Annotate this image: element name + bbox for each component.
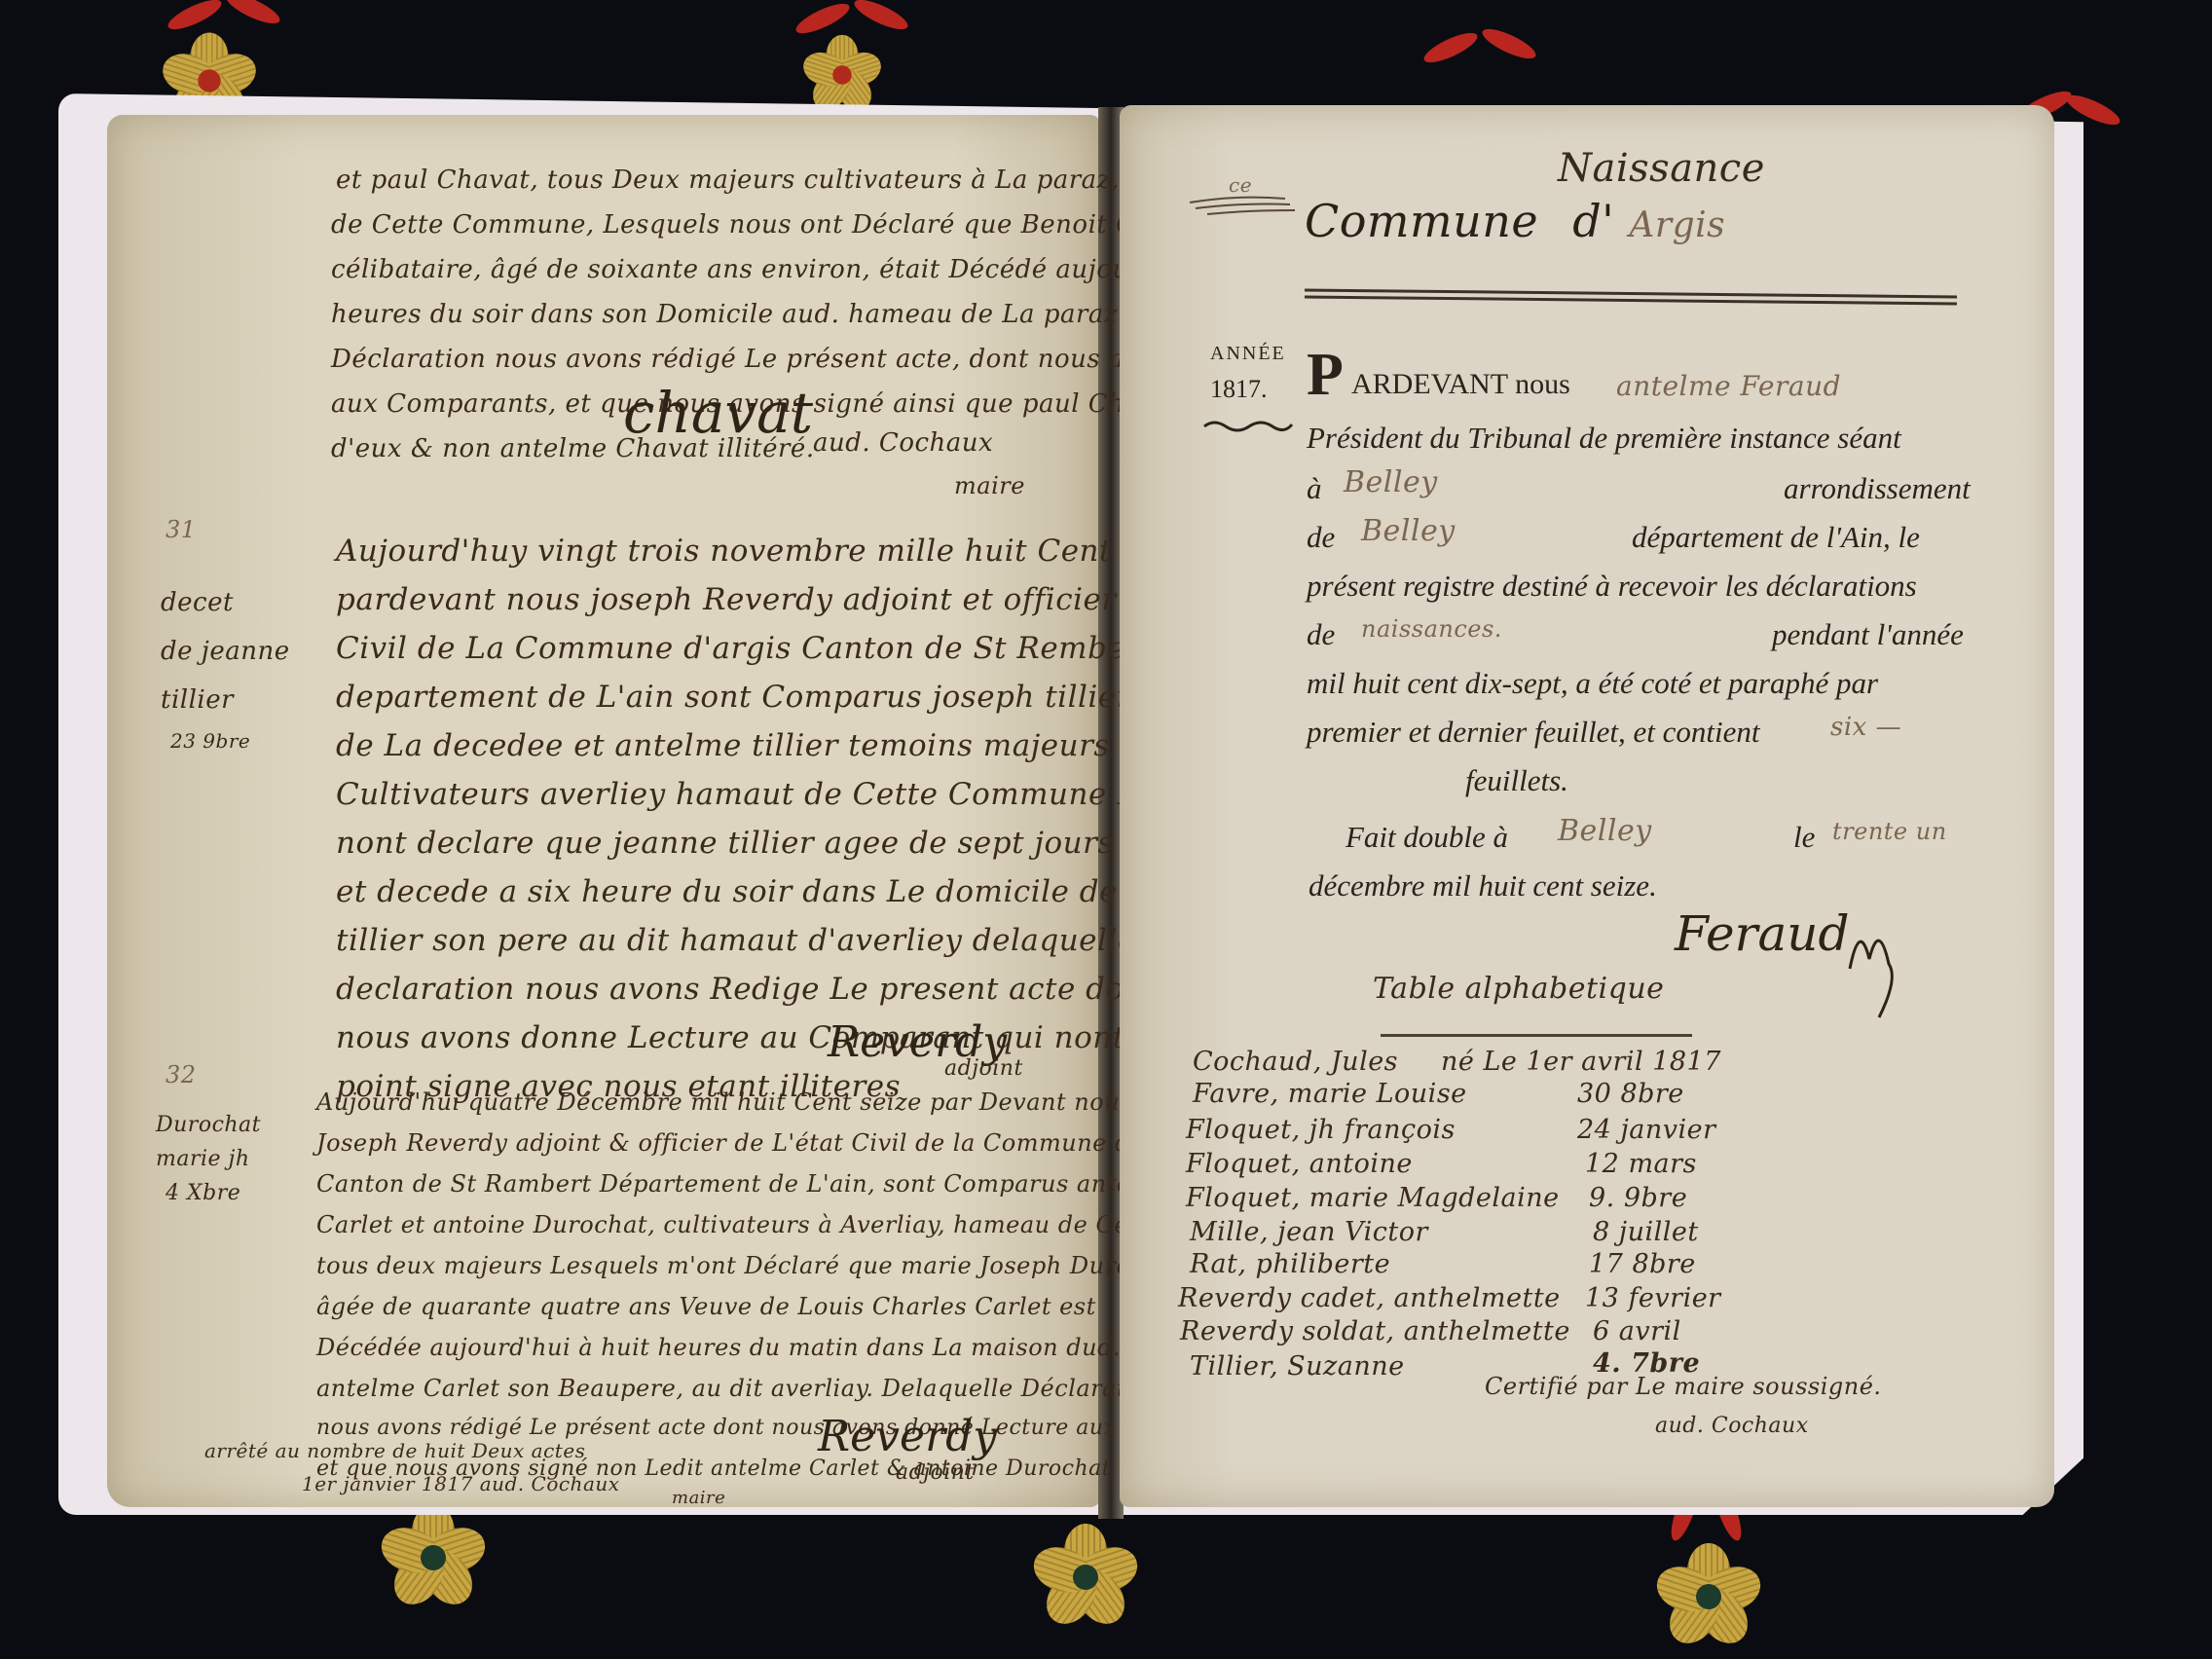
year-label: ANNÉE [1210, 343, 1286, 365]
table-row-date: 24 janvier [1577, 1115, 1716, 1145]
handwritten-fill: naissances. [1361, 615, 1502, 643]
handwritten-line: et paul Chavat, tous Deux majeurs cultiv… [336, 166, 1233, 195]
table-row-name: Floquet, antoine [1186, 1149, 1413, 1179]
table-row-name: Reverdy cadet, anthelmette [1178, 1283, 1561, 1313]
handwritten-fill: six — [1830, 713, 1901, 742]
handwritten-line: âgée de quarante quatre ans Veuve de Lou… [316, 1293, 1096, 1320]
commune-heading: Commune d' Argis [1305, 195, 1725, 247]
wavy-line-icon [1202, 417, 1295, 436]
handwritten-line: Civil de La Commune d'argis Canton de St… [336, 631, 1154, 666]
handwritten-line: de La decedee et antelme tillier temoins… [336, 728, 1110, 763]
table-row-date: 8 juillet [1593, 1217, 1699, 1247]
handwritten-line: tillier son pere au dit hamaut d'averlie… [336, 923, 1136, 958]
signature-paraph-icon [1840, 910, 1908, 1027]
handwritten-line: Aujourd'huy vingt trois novembre mille h… [336, 534, 1201, 569]
table-row-date: 12 mars [1585, 1149, 1697, 1179]
mayor-signature: aud. Cochaux [813, 428, 993, 458]
margin-note-line: de jeanne [161, 631, 290, 672]
handwritten-fill: Belley [1558, 814, 1652, 848]
flower-leaf-decoration [793, 0, 853, 39]
embroidered-flower [802, 35, 883, 116]
table-row-date: 13 fevrier [1585, 1283, 1721, 1313]
preamble-line: département de l'Ain, le [1632, 520, 1920, 555]
table-row-name: Mille, jean Victor [1190, 1217, 1428, 1247]
signature-title: adjoint [896, 1460, 975, 1485]
handwritten-fill: antelme Feraud [1616, 370, 1841, 402]
flower-leaf-decoration [1420, 27, 1481, 68]
handwritten-line: Cultivateurs averliey hamaut de Cette Co… [336, 777, 1240, 812]
handwritten-fill: Belley [1361, 514, 1456, 548]
table-row-name: Rat, philiberte [1190, 1249, 1390, 1279]
pen-flourish-icon [1188, 185, 1305, 224]
signature-title: adjoint [944, 1056, 1023, 1081]
handwritten-line: departement de L'ain sont Comparus josep… [336, 680, 1213, 715]
handwritten-line: tous deux majeurs Lesquels m'ont Déclaré… [316, 1252, 1184, 1279]
year-value: 1817. [1210, 375, 1268, 404]
preamble-line: le [1793, 820, 1815, 855]
preamble-line: mil huit cent dix-sept, a été coté et pa… [1307, 666, 1878, 701]
president-signature: Feraud [1675, 905, 1849, 962]
handwritten-line: Décédée aujourd'hui à huit heures du mat… [316, 1334, 1121, 1361]
preamble-line: ARDEVANT nous [1351, 368, 1570, 401]
signature-reverdy: Reverdy [818, 1412, 997, 1461]
handwritten-line: declaration nous avons Redige Le present… [336, 972, 1157, 1007]
table-row-date: 30 8bre [1577, 1079, 1684, 1109]
preamble-line: présent registre destiné à recevoir les … [1307, 569, 1917, 604]
margin-note-line: decet [161, 582, 234, 623]
entry-number: 32 [166, 1061, 197, 1088]
preamble-line: Fait double à [1346, 820, 1508, 855]
preamble-line: Président du Tribunal de première instan… [1307, 421, 1901, 456]
table-title: Table alphabetique [1373, 972, 1664, 1006]
flower-leaf-decoration [165, 0, 225, 35]
table-row-name: Favre, marie Louise [1193, 1079, 1467, 1109]
table-row-date: né Le 1er avril 1817 [1441, 1047, 1721, 1077]
flower-leaf-decoration [851, 0, 911, 35]
margin-note-line: tillier [161, 680, 234, 720]
table-row-name: Tillier, Suzanne [1190, 1351, 1405, 1382]
commune-label: Commune [1305, 195, 1538, 247]
embroidered-flower [1032, 1524, 1139, 1631]
table-row-name: Reverdy soldat, anthelmette [1180, 1316, 1570, 1346]
closing-note-line: 1er janvier 1817 aud. Cochaux [302, 1472, 620, 1495]
preamble-line: arrondissement [1784, 471, 1971, 506]
preamble-line: de [1307, 617, 1335, 652]
closing-note-line: arrêté au nombre de huit Deux actes [204, 1439, 585, 1462]
handwritten-line: nont declare que jeanne tillier agee de … [336, 826, 1114, 861]
preamble-line: de [1307, 520, 1335, 555]
preamble-line: feuillets. [1465, 763, 1568, 798]
table-row-date: 17 8bre [1589, 1249, 1696, 1279]
mayor-title: maire [954, 472, 1025, 499]
certification-text: Certifié par Le maire soussigné. [1485, 1373, 1882, 1400]
table-row-name: Floquet, marie Magdelaine [1186, 1183, 1560, 1213]
entry-number: 31 [166, 516, 197, 543]
embroidered-flower [1655, 1543, 1762, 1650]
signature-chavat: chavat [623, 380, 813, 446]
table-row-name: Cochaud, Jules [1193, 1047, 1398, 1077]
handwritten-fill: Belley [1344, 465, 1438, 499]
handwritten-line: Joseph Reverdy adjoint & officier de L'é… [316, 1129, 1207, 1157]
table-row-date: 6 avril [1593, 1316, 1681, 1346]
preamble-line: décembre mil huit cent seize. [1309, 868, 1657, 903]
margin-note-date: 4 Xbre [166, 1173, 240, 1214]
handwritten-line: Canton de St Rambert Département de L'ai… [316, 1170, 1176, 1198]
preamble-line: premier et dernier feuillet, et contient [1307, 715, 1759, 750]
flower-leaf-decoration [223, 0, 283, 29]
handwritten-line: et decede a six heure du soir dans Le do… [336, 874, 1231, 909]
handwritten-line: Aujourd'hui quatre Décembre mil huit Cen… [316, 1088, 1132, 1116]
preamble-line: à [1307, 471, 1322, 506]
commune-name: Argis [1629, 205, 1725, 245]
flower-leaf-decoration [1479, 23, 1539, 64]
table-title-underline [1381, 1034, 1692, 1037]
register-type-note: Naissance [1558, 146, 1765, 191]
preamble-line: pendant l'année [1772, 617, 1964, 652]
handwritten-fill: trente un [1832, 818, 1947, 845]
drop-cap: P [1307, 341, 1344, 410]
handwritten-line: antelme Carlet son Beaupere, au dit aver… [316, 1375, 1164, 1402]
closing-title: maire [672, 1488, 725, 1508]
embroidered-flower [380, 1504, 487, 1611]
commune-prefix: d' [1572, 195, 1614, 247]
certification-signature: aud. Cochaux [1655, 1414, 1809, 1438]
table-row-date: 9. 9bre [1589, 1183, 1687, 1213]
margin-note-date: 23 9bre [170, 720, 250, 761]
table-row-name: Floquet, jh françois [1186, 1115, 1456, 1145]
